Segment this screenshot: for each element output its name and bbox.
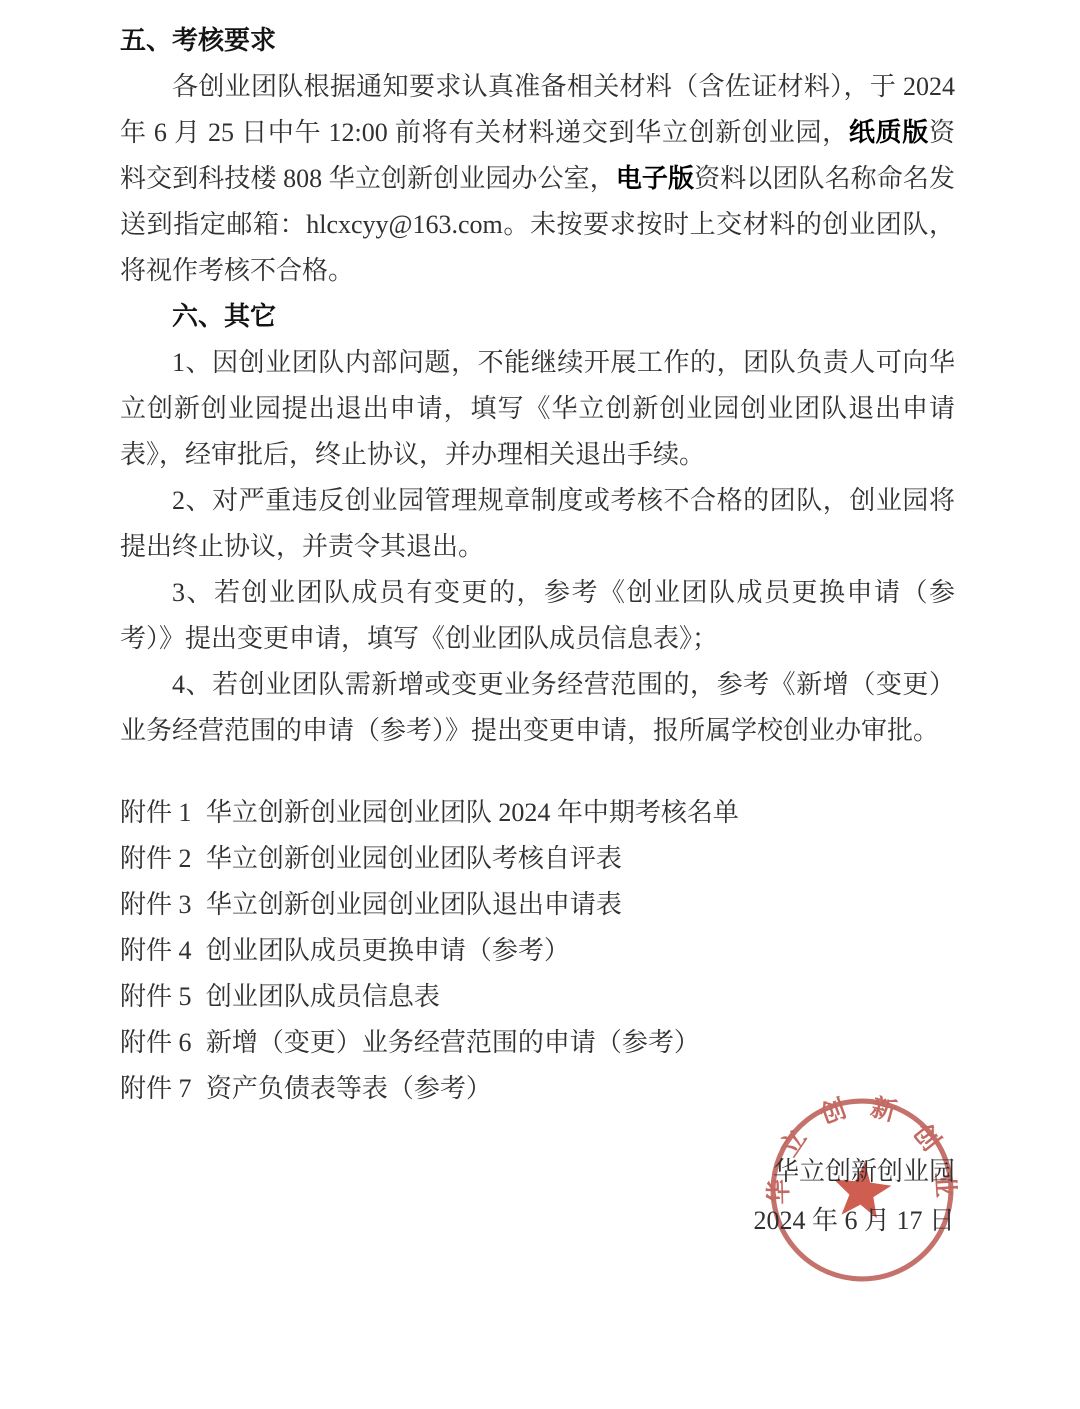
attachment-item: 附件 3华立创新创业园创业团队退出申请表 — [120, 882, 955, 928]
attachment-label: 附件 3 — [120, 890, 192, 919]
attachment-item: 附件 2华立创新创业园创业团队考核自评表 — [120, 836, 955, 882]
bold-paper-version: 纸质版 — [849, 118, 929, 147]
section-6-item-2: 2、对严重违反创业园管理规章制度或考核不合格的团队，创业园将提出终止协议，并责令… — [120, 478, 955, 570]
attachment-label: 附件 5 — [120, 982, 192, 1011]
attachment-title: 华立创新创业园创业团队退出申请表 — [206, 890, 622, 919]
attachment-title: 华立创新创业园创业团队考核自评表 — [206, 844, 622, 873]
attachment-title: 新增（变更）业务经营范围的申请（参考） — [206, 1028, 700, 1057]
attachment-title: 资产负债表等表（参考） — [206, 1074, 492, 1103]
section-6-heading: 六、其它 — [120, 294, 955, 340]
attachment-label: 附件 7 — [120, 1074, 192, 1103]
section-6-item-4: 4、若创业团队需新增或变更业务经营范围的，参考《新增（变更）业务经营范围的申请（… — [120, 662, 955, 754]
attachments-list: 附件 1华立创新创业园创业团队 2024 年中期考核名单 附件 2华立创新创业园… — [120, 790, 955, 1112]
paragraph-text: 各创业团队根据通知要求认真准备相关材料（含佐证材料），于 2024 年 6 月 … — [120, 72, 955, 147]
attachment-item: 附件 4创业团队成员更换申请（参考） — [120, 928, 955, 974]
attachment-label: 附件 2 — [120, 844, 192, 873]
bold-electronic-version: 电子版 — [616, 164, 694, 193]
section-5-heading: 五、考核要求 — [120, 18, 955, 64]
attachment-label: 附件 6 — [120, 1028, 192, 1057]
section-6-item-3: 3、若创业团队成员有变更的，参考《创业团队成员更换申请（参考）》提出变更申请，填… — [120, 570, 955, 662]
attachment-item: 附件 6新增（变更）业务经营范围的申请（参考） — [120, 1020, 955, 1066]
attachment-item: 附件 5创业团队成员信息表 — [120, 974, 955, 1020]
section-5-paragraph: 各创业团队根据通知要求认真准备相关材料（含佐证材料），于 2024 年 6 月 … — [120, 64, 955, 294]
signature-block: 华立创新创业园 2024 年 6 月 17 日 — [120, 1147, 955, 1245]
attachment-label: 附件 1 — [120, 798, 192, 827]
attachment-label: 附件 4 — [120, 936, 192, 965]
section-6-item-1: 1、因创业团队内部问题，不能继续开展工作的，团队负责人可向华立创新创业园提出退出… — [120, 340, 955, 478]
attachment-title: 创业团队成员更换申请（参考） — [206, 936, 570, 965]
attachment-title: 创业团队成员信息表 — [206, 982, 440, 1011]
attachment-item: 附件 1华立创新创业园创业团队 2024 年中期考核名单 — [120, 790, 955, 836]
document-page: 五、考核要求 各创业团队根据通知要求认真准备相关材料（含佐证材料），于 2024… — [0, 0, 1080, 1409]
attachment-title: 华立创新创业园创业团队 2024 年中期考核名单 — [206, 798, 739, 827]
signature-date: 2024 年 6 月 17 日 — [120, 1196, 955, 1245]
signature-org: 华立创新创业园 — [120, 1147, 955, 1196]
